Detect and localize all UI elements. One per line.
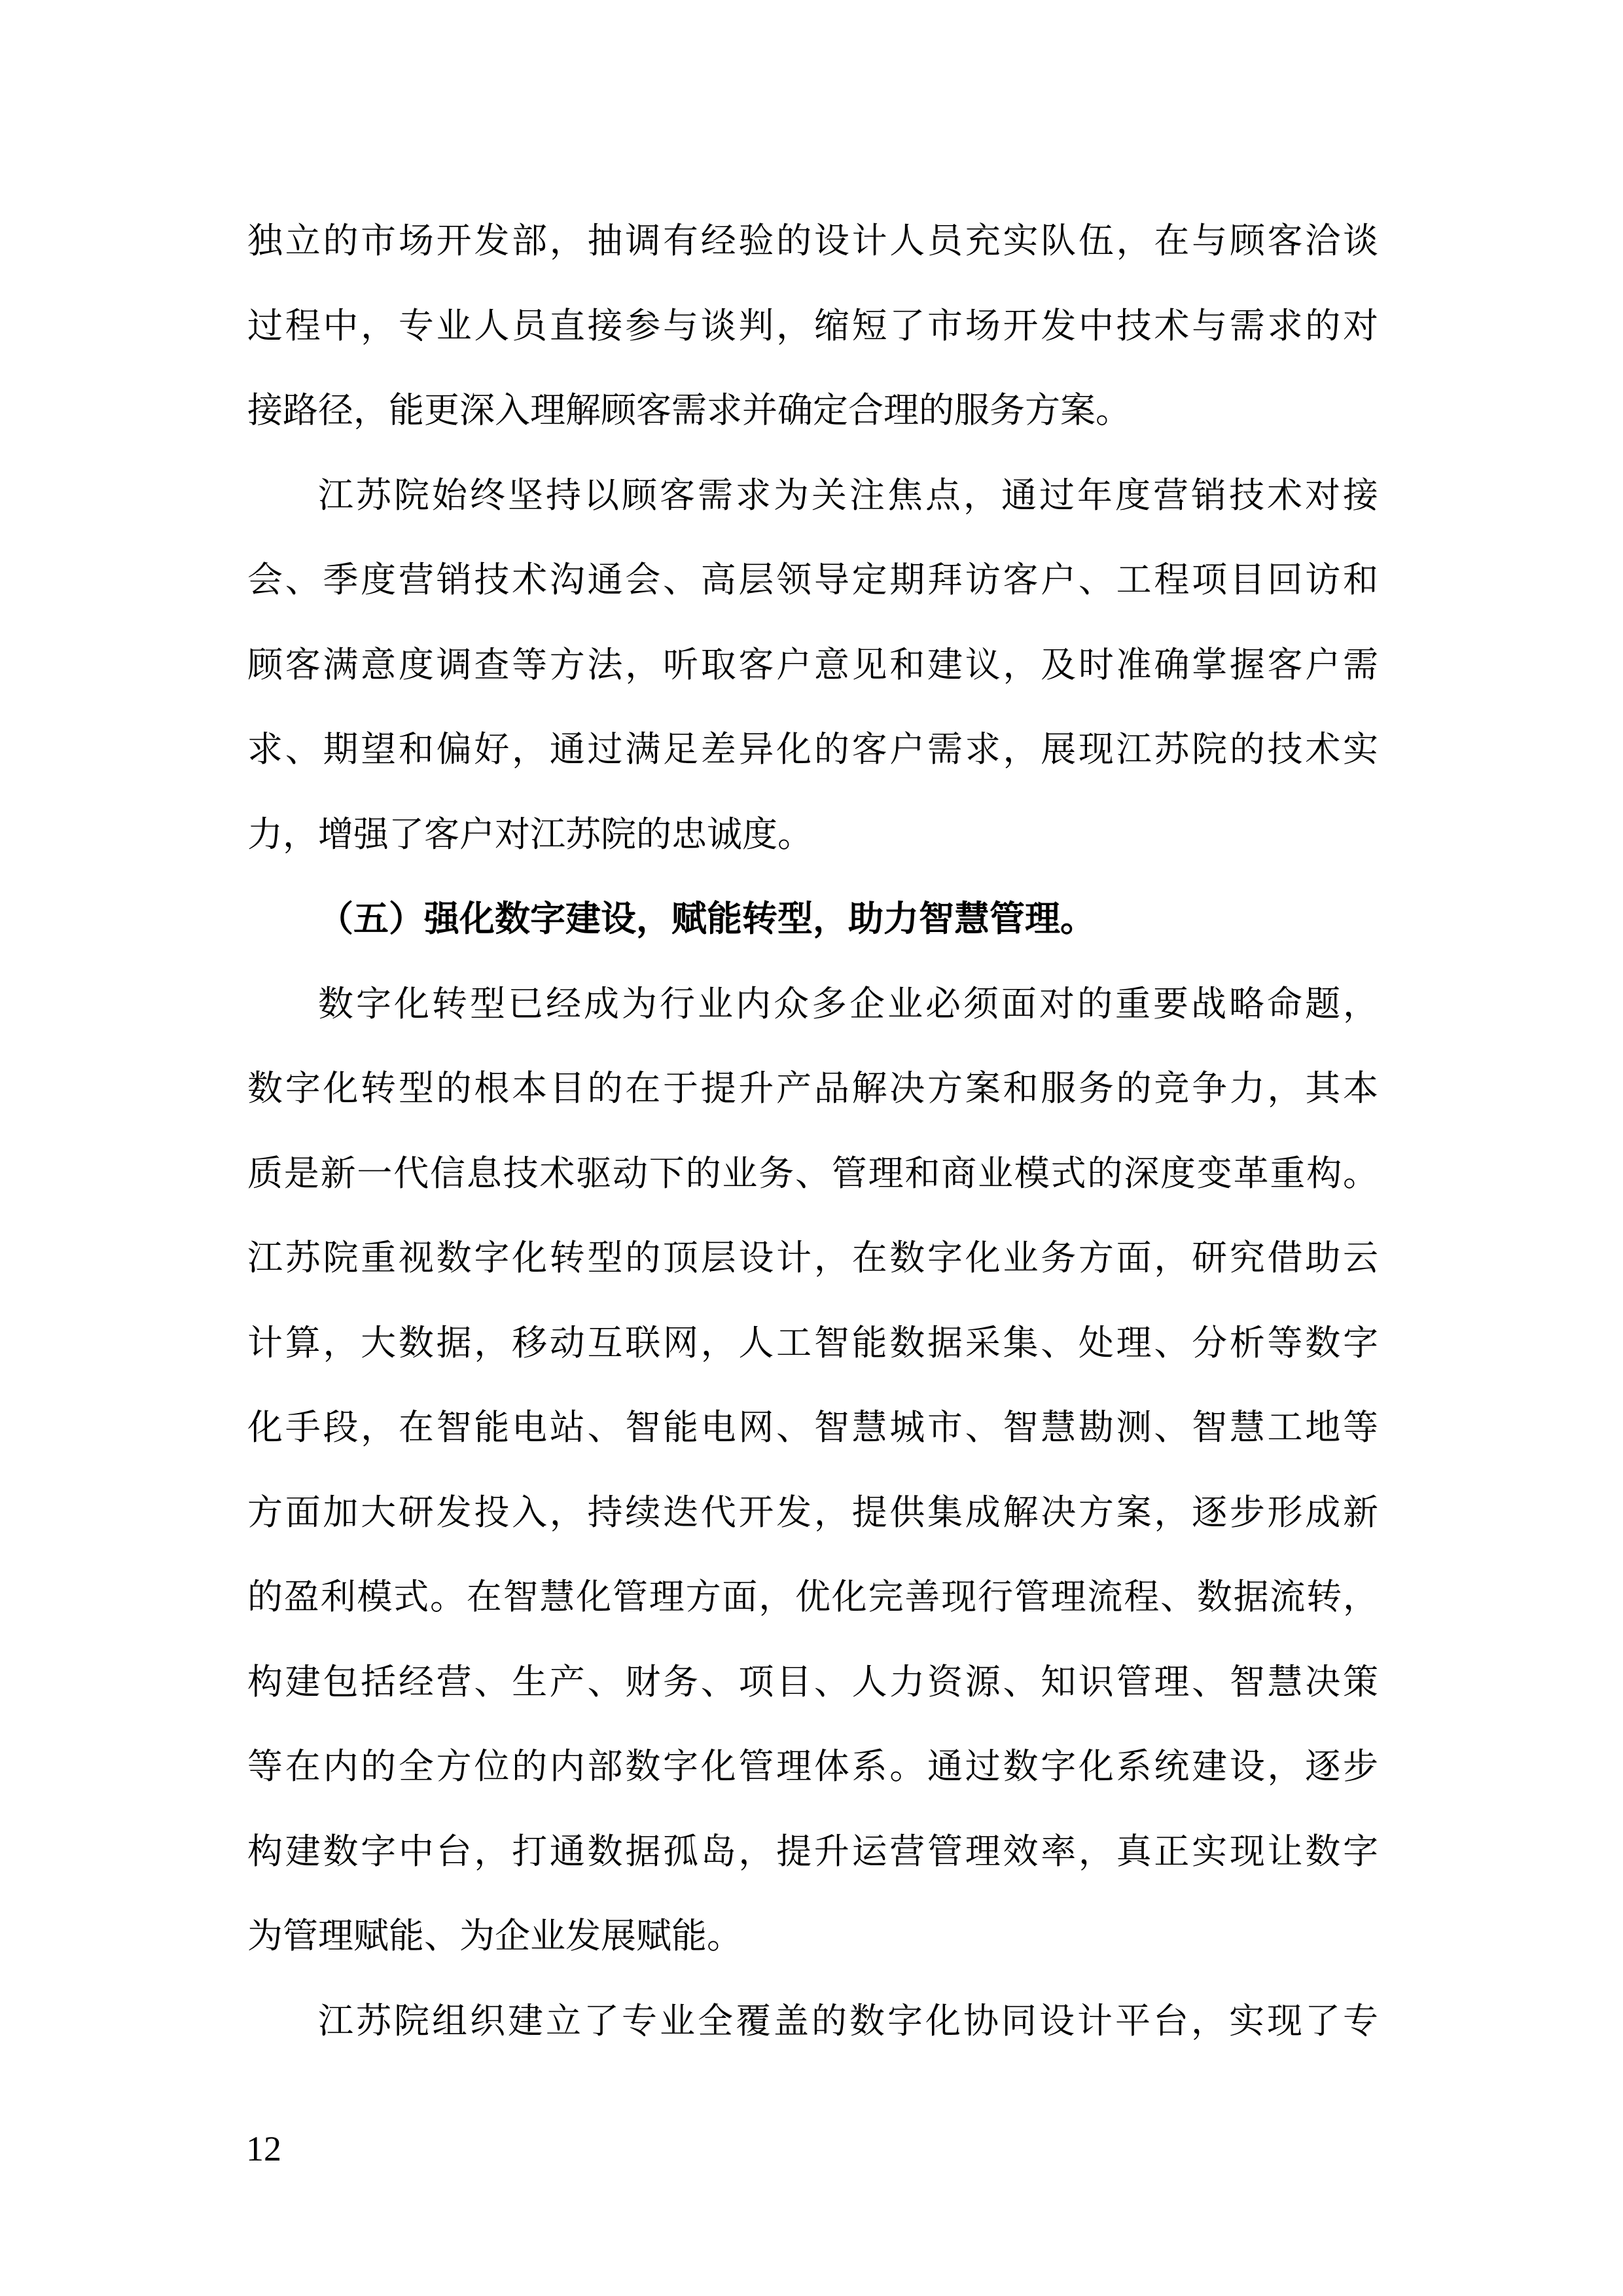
body-text-line: 会、季度营销技术沟通会、高层领导定期拜访客户、工程项目回访和	[247, 538, 1378, 623]
body-text-line: 过程中，专业人员直接参与谈判，缩短了市场开发中技术与需求的对	[247, 284, 1378, 369]
body-text-line: 江苏院始终坚持以顾客需求为关注焦点，通过年度营销技术对接	[247, 454, 1378, 539]
body-text-line: 数字化转型的根本目的在于提升产品解决方案和服务的竞争力，其本	[247, 1047, 1378, 1132]
document-page: 独立的市场开发部，抽调有经验的设计人员充实队伍，在与顾客洽谈过程中，专业人员直接…	[0, 0, 1623, 2296]
body-text-line: 的盈利模式。在智慧化管理方面，优化完善现行管理流程、数据流转，	[247, 1555, 1378, 1640]
body-text-line: 计算，大数据，移动互联网，人工智能数据采集、处理、分析等数字	[247, 1301, 1378, 1386]
body-text-line: 方面加大研发投入，持续迭代开发，提供集成解决方案，逐步形成新	[247, 1471, 1378, 1556]
body-text-line: 接路径，能更深入理解顾客需求并确定合理的服务方案。	[247, 368, 1378, 454]
body-text-line: 求、期望和偏好，通过满足差异化的客户需求，展现江苏院的技术实	[247, 708, 1378, 793]
body-text-line: 等在内的全方位的内部数字化管理体系。通过数字化系统建设，逐步	[247, 1725, 1378, 1810]
body-text-line: 顾客满意度调查等方法，听取客户意见和建议，及时准确掌握客户需	[247, 623, 1378, 708]
body-text-line: 化手段，在智能电站、智能电网、智慧城市、智慧勘测、智慧工地等	[247, 1386, 1378, 1471]
body-text-line: 独立的市场开发部，抽调有经验的设计人员充实队伍，在与顾客洽谈	[247, 199, 1378, 284]
body-text-line: 构建包括经营、生产、财务、项目、人力资源、知识管理、智慧决策	[247, 1640, 1378, 1725]
document-body: 独立的市场开发部，抽调有经验的设计人员充实队伍，在与顾客洽谈过程中，专业人员直接…	[247, 199, 1378, 2064]
body-text-line: 质是新一代信息技术驱动下的业务、管理和商业模式的深度变革重构。	[247, 1132, 1378, 1217]
body-text-line: 数字化转型已经成为行业内众多企业必须面对的重要战略命题，	[247, 962, 1378, 1047]
body-text-line: 为管理赋能、为企业发展赋能。	[247, 1894, 1378, 1979]
body-text-line: 力，增强了客户对江苏院的忠诚度。	[247, 793, 1378, 878]
body-text-line: 江苏院组织建立了专业全覆盖的数字化协同设计平台，实现了专	[247, 1979, 1378, 2064]
page-number: 12	[246, 2126, 281, 2172]
section-heading-line: （五）强化数字建设，赋能转型，助力智慧管理。	[247, 877, 1378, 962]
body-text-line: 构建数字中台，打通数据孤岛，提升运营管理效率，真正实现让数字	[247, 1810, 1378, 1895]
body-text-line: 江苏院重视数字化转型的顶层设计，在数字化业务方面，研究借助云	[247, 1216, 1378, 1301]
